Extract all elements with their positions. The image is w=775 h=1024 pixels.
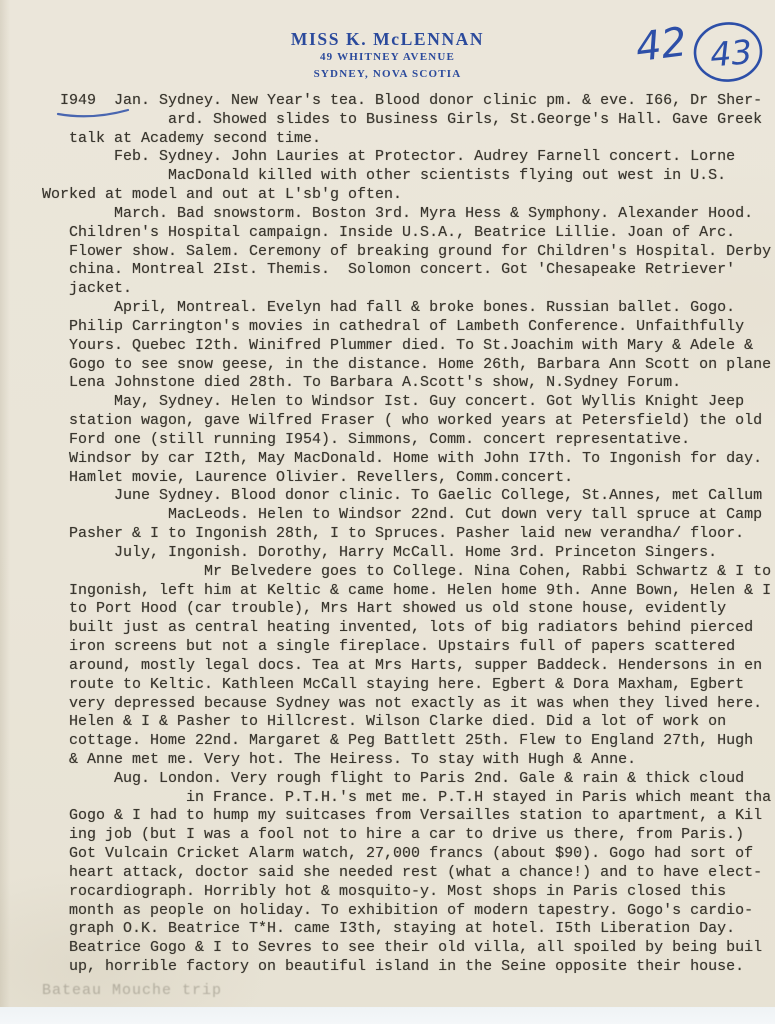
typed-line: up, horrible factory on beautiful island… [42,958,775,977]
document-page: MISS K. McLENNAN 49 WHITNEY AVENUE SYDNE… [0,0,775,1007]
typed-line: Philip Carrington's movies in cathedral … [42,318,775,337]
typed-line: Got Vulcain Cricket Alarm watch, 27,000 … [42,845,775,864]
typed-line: MacDonald killed with other scientists f… [42,167,775,186]
year-underline-mark [52,105,136,123]
typed-line: June Sydney. Blood donor clinic. To Gael… [42,487,775,506]
typed-line: Beatrice Gogo & I to Sevres to see their… [42,939,775,958]
typed-diary-text: I949 Jan. Sydney. New Year's tea. Blood … [42,92,775,977]
typed-line: route to Keltic. Kathleen McCall staying… [42,676,775,695]
typed-line: Mr Belvedere goes to College. Nina Cohen… [42,563,775,582]
handwritten-page-number-43: 43 [708,32,753,75]
faint-erased-note: Bateau Mouche trip [42,982,222,999]
typed-line: iron screens but not a single fireplace.… [42,638,775,657]
typed-line: Children's Hospital campaign. Inside U.S… [42,224,775,243]
typed-line: around, mostly legal docs. Tea at Mrs Ha… [42,657,775,676]
typed-line: jacket. [42,280,775,299]
typed-line: Gogo to see snow geese, in the distance.… [42,356,775,375]
typed-line: built just as central heating invented, … [42,619,775,638]
handwritten-page-number-42: 42 [633,19,689,71]
typed-line: July, Ingonish. Dorothy, Harry McCall. H… [42,544,775,563]
typed-line: & Anne met me. Very hot. The Heiress. To… [42,751,775,770]
typed-line: ing job (but I was a fool not to hire a … [42,826,775,845]
typed-line: rocardiograph. Horribly hot & mosquito-y… [42,883,775,902]
typed-line: Gogo & I had to hump my suitcases from V… [42,807,775,826]
typed-line: to Port Hood (car trouble), Mrs Hart sho… [42,600,775,619]
typed-line: station wagon, gave Wilfred Fraser ( who… [42,412,775,431]
typed-line: Hamlet movie, Laurence Olivier. Reveller… [42,469,775,488]
typed-line: in France. P.T.H.'s met me. P.T.H stayed… [42,789,775,808]
typed-line: May, Sydney. Helen to Windsor Ist. Guy c… [42,393,775,412]
handwritten-page-numbers: 42 43 [622,6,775,86]
typed-line: china. Montreal 2Ist. Themis. Solomon co… [42,261,775,280]
typed-line: very depressed because Sydney was not ex… [42,695,775,714]
typed-line: I949 Jan. Sydney. New Year's tea. Blood … [42,92,775,111]
typed-line: Helen & I & Pasher to Hillcrest. Wilson … [42,713,775,732]
typed-line: April, Montreal. Evelyn had fall & broke… [42,299,775,318]
typed-line: heart attack, doctor said she needed res… [42,864,775,883]
typed-line: Yours. Quebec I2th. Winifred Plummer die… [42,337,775,356]
typed-line: Windsor by car I2th, May MacDonald. Home… [42,450,775,469]
typed-line: month as people on holiday. To exhibitio… [42,902,775,921]
typed-line: Ford one (still running I954). Simmons, … [42,431,775,450]
typed-line: Ingonish, left him at Keltic & came home… [42,582,775,601]
typed-line: Pasher & I to Ingonish 28th, I to Spruce… [42,525,775,544]
scan-background-strip [0,1007,775,1024]
typed-line: March. Bad snowstorm. Boston 3rd. Myra H… [42,205,775,224]
typed-line: graph O.K. Beatrice T*H. came I3th, stay… [42,920,775,939]
typed-line: ard. Showed slides to Business Girls, St… [42,111,775,130]
typed-line: MacLeods. Helen to Windsor 22nd. Cut dow… [42,506,775,525]
typed-line: Lena Johnstone died 28th. To Barbara A.S… [42,374,775,393]
typed-line: cottage. Home 22nd. Margaret & Peg Battl… [42,732,775,751]
typed-line: Flower show. Salem. Ceremony of breaking… [42,243,775,262]
typed-line: talk at Academy second time. [42,130,775,149]
typed-line: Aug. London. Very rough flight to Paris … [42,770,775,789]
typed-line: Feb. Sydney. John Lauries at Protector. … [42,148,775,167]
typed-line: Worked at model and out at L'sb'g often. [42,186,775,205]
